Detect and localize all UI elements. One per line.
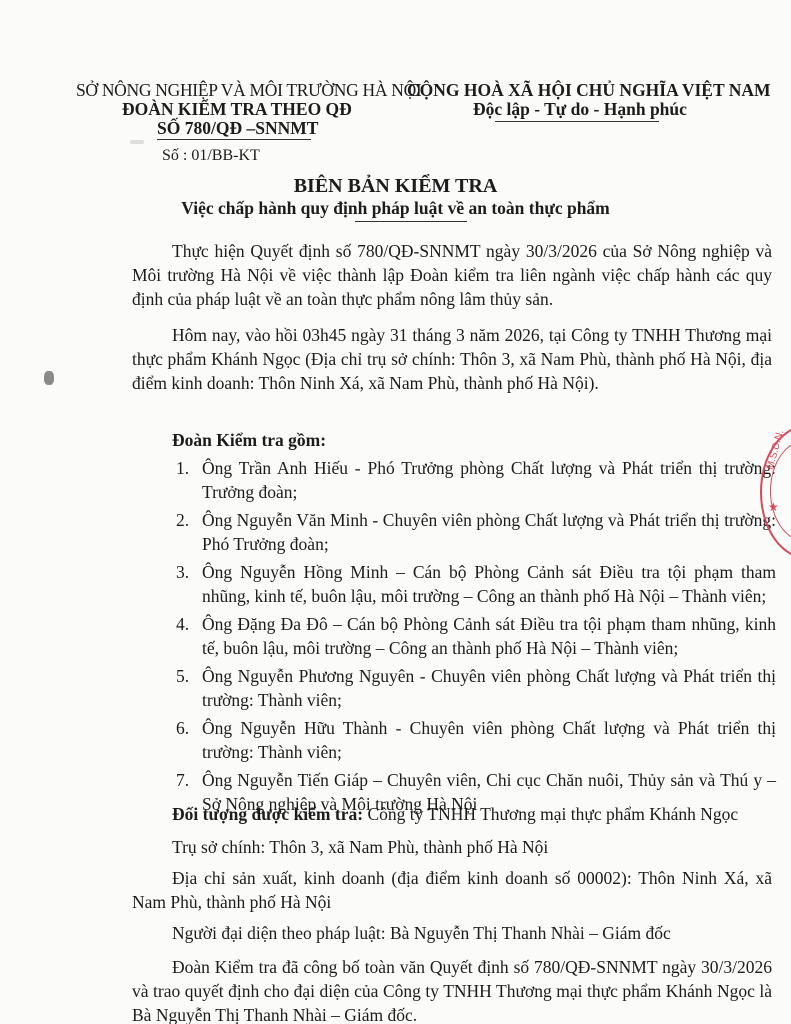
inspected-subject: Đối tượng được kiểm tra: Công ty TNHH Th… bbox=[172, 802, 791, 826]
list-item: 3.Ông Nguyễn Hồng Minh – Cán bộ Phòng Cả… bbox=[176, 560, 776, 608]
list-item: 6.Ông Nguyễn Hữu Thành - Chuyên viên phò… bbox=[176, 716, 776, 764]
business-address-paragraph: Địa chỉ sản xuất, kinh doanh (địa điểm k… bbox=[132, 866, 772, 914]
document-subtitle: Việc chấp hành quy định pháp luật về an … bbox=[0, 198, 791, 219]
document-title: BIÊN BẢN KIỂM TRA bbox=[0, 175, 791, 198]
team-heading: Đoàn Kiểm tra gồm: bbox=[172, 428, 791, 452]
country-name: CỘNG HOÀ XÃ HỘI CHỦ NGHĨA VIỆT NAM bbox=[407, 80, 770, 101]
document-number: Số : 01/BB-KT bbox=[162, 147, 260, 165]
team-heading-text: Đoàn Kiểm tra gồm: bbox=[172, 430, 326, 450]
scan-mark bbox=[130, 140, 144, 144]
document-page: SỞ NÔNG NGHIỆP VÀ MÔI TRƯỜNG HÀ NỘI ĐOÀN… bbox=[0, 0, 791, 1024]
team-member-list: 1.Ông Trần Anh Hiếu - Phó Trưởng phòng C… bbox=[176, 456, 776, 820]
list-item: 5.Ông Nguyễn Phương Nguyên - Chuyên viên… bbox=[176, 664, 776, 712]
scan-smudge bbox=[44, 371, 54, 385]
national-motto: Độc lập - Tự do - Hạnh phúc bbox=[473, 99, 687, 120]
list-item: 1.Ông Trần Anh Hiếu - Phó Trưởng phòng C… bbox=[176, 456, 776, 504]
agency-name: SỞ NÔNG NGHIỆP VÀ MÔI TRƯỜNG HÀ NỘI bbox=[76, 80, 421, 101]
list-item: 4.Ông Đặng Đa Đô – Cán bộ Phòng Cảnh sát… bbox=[176, 612, 776, 660]
inspection-team-line2: SỐ 780/QĐ –SNNMT bbox=[157, 118, 318, 139]
motto-divider bbox=[495, 121, 659, 122]
subtitle-underline bbox=[355, 221, 467, 222]
subject-label: Đối tượng được kiểm tra: bbox=[172, 804, 363, 824]
legal-representative-line: Người đại diện theo pháp luật: Bà Nguyễn… bbox=[172, 921, 791, 945]
header-left-divider bbox=[157, 139, 311, 140]
star-icon: ★ bbox=[768, 500, 779, 515]
announcement-paragraph: Đoàn Kiểm tra đã công bố toàn văn Quyết … bbox=[132, 955, 772, 1024]
subject-value: Công ty TNHH Thương mại thực phẩm Khánh … bbox=[363, 804, 738, 824]
list-item: 2.Ông Nguyễn Văn Minh - Chuyên viên phòn… bbox=[176, 508, 776, 556]
intro-paragraph: Thực hiện Quyết định số 780/QĐ-SNNMT ngà… bbox=[132, 239, 772, 311]
inspection-team-line1: ĐOÀN KIỂM TRA THEO QĐ bbox=[122, 99, 352, 120]
time-place-paragraph: Hôm nay, vào hồi 03h45 ngày 31 tháng 3 n… bbox=[132, 323, 772, 395]
headquarters-line: Trụ sở chính: Thôn 3, xã Nam Phù, thành … bbox=[172, 835, 791, 859]
